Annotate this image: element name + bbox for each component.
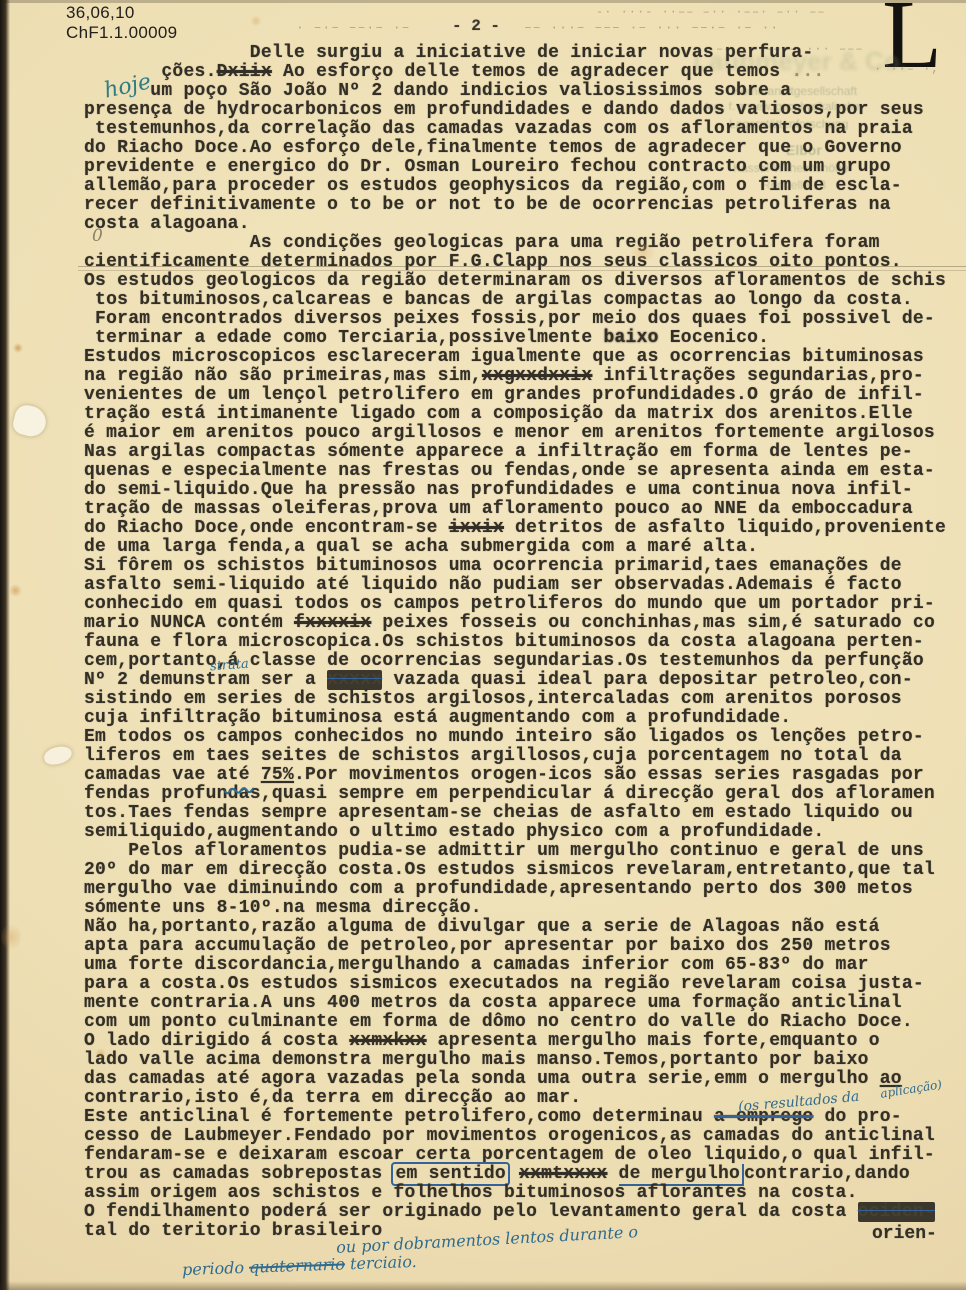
typed-line: tração de massas oleiferas,prova um aflo… [84, 500, 960, 519]
typed-segment: apta para accumulação de petroleo,por ap… [84, 936, 891, 956]
typed-line: ções.Dxiix Ao esforço delle temos de agr… [84, 63, 960, 82]
typed-segment-u: 75% [261, 765, 294, 785]
typed-segment: liferos em taes seites de schistos argil… [84, 746, 902, 766]
typed-line: sistindo em series de schistos argilosos… [84, 690, 960, 709]
scan-edge-bottom [0, 1281, 966, 1290]
typed-line: cientificamente determinados por F.G.Cla… [84, 253, 960, 272]
typed-line: tração está intimanente ligado com a com… [84, 405, 960, 424]
typed-segment: venientes de um lençol petrolifero em gr… [84, 385, 924, 405]
typed-segment: O lado dirigido á costa [84, 1031, 349, 1051]
typed-line: do Riacho Doce.Ao esforço dele,finalment… [84, 139, 960, 158]
paper-stain [250, 16, 262, 26]
typed-line: fendas profundas,quasi sempre em perpend… [84, 785, 960, 804]
typed-line: sómente uns 8-10º.na mesma direcção. [84, 899, 960, 918]
typed-line: do semi-liquido.Que ha pressão nas profu… [84, 481, 960, 500]
typed-segment: detritos de asfalto liquido,proveniente [504, 518, 946, 538]
typed-line: assim origem aos schistos e folhelhos bi… [84, 1184, 960, 1203]
typed-line: mente contraria.A uns 400 metros da cost… [84, 994, 960, 1013]
periodo-note: periodo quaternario terciaio. [182, 1252, 417, 1279]
typed-segment-blot: ociden- [858, 1202, 935, 1222]
typed-segment-x: xxmtxxxx [519, 1164, 607, 1184]
typed-line: Nas argilas compactas sómente apparece a… [84, 443, 960, 462]
strata-note: strata [210, 657, 250, 675]
typed-segment: vazada quasi ideal para depositar petrol… [382, 670, 912, 690]
typed-segment: fendaram-se e deixaram escoar certa porc… [84, 1145, 935, 1165]
typed-segment: apresenta mergulho mais forte,emquanto o [427, 1031, 880, 1051]
typed-segment: é maior em arenitos pouco argillosos e m… [84, 423, 935, 443]
typed-segment: allemão,para proceder os estudos geophys… [84, 176, 902, 196]
typed-line: de uma larga fenda,a qual se acha submer… [84, 538, 960, 557]
annotation-segment: periodo [182, 1258, 250, 1279]
typed-line: costa alagoana. [84, 215, 960, 234]
leader-dots: -· ···- ··–– –·· ·––· –·· –– [596, 5, 826, 19]
leader-dots: · –·– ––·– ·– [296, 20, 410, 35]
typed-line: fendaram-se e deixaram escoar certa porc… [84, 1146, 960, 1165]
typed-segment: tração de massas oleiferas,prova um aflo… [84, 499, 913, 519]
typed-segment: presença de hydrocarbonicos em profundid… [84, 100, 924, 120]
typed-segment: contrario,isto é,da terra em direcção ao… [84, 1088, 581, 1108]
typed-segment: infiltrações segundarias,pro- [592, 366, 924, 386]
typed-body: Delle surgiu a iniciative de iniciar nov… [84, 44, 960, 1241]
typed-segment: Em todos os campos conhecidos no mundo i… [84, 727, 924, 747]
typed-line: 20º do mar em direcção costa.Os estudos … [84, 861, 960, 880]
orien-typed: orien- [872, 1224, 937, 1244]
paper-tear [43, 745, 73, 766]
typed-segment: .Por movimentos orogen-icos são essas se… [294, 765, 924, 785]
typed-segment: cuja infiltração bituminosa está augment… [84, 708, 791, 728]
paragraph-mark: 0 [92, 226, 103, 246]
typed-segment: mario NUNCA contém [84, 613, 294, 633]
typed-line: Delle surgiu a iniciative de iniciar nov… [84, 44, 960, 63]
typed-segment: para a costa.Os estudos sismicos executa… [84, 974, 924, 994]
document-page: 36,06,10 ChF1.1.00009 - 2 - L Laubmeyer … [0, 0, 966, 1290]
typed-segment: do pro- [813, 1107, 901, 1127]
typed-segment: tos bituminosos,calcareas e bancas de ar… [84, 290, 913, 310]
typed-line: Foram encontrados diversos peixes fossis… [84, 310, 960, 329]
typed-line: venientes de um lençol petrolifero em gr… [84, 386, 960, 405]
typed-segment: previdente e energico do Dr. Osman Loure… [84, 157, 891, 177]
typed-segment: semiliquido,augmentando o ultimo estado … [84, 822, 824, 842]
typed-segment: lado valle acima demonstra mergulho mais… [84, 1050, 869, 1070]
typed-segment: mente contraria.A uns 400 metros da cost… [84, 993, 902, 1013]
typed-segment: fauna e flora microscopica.Os schistos b… [84, 632, 924, 652]
typed-line: allemão,para proceder os estudos geophys… [84, 177, 960, 196]
typed-segment-b: baixo [603, 328, 658, 348]
typed-segment-x: ixxix [449, 518, 504, 538]
scan-edge-top [0, 0, 966, 3]
typed-line: do Riacho Doce,onde encontram-se ixxix d… [84, 519, 960, 538]
typed-segment: quenas e especialmente nas frestas ou fe… [84, 461, 935, 481]
typed-segment: conhecido em quasi todos os campos petro… [84, 594, 935, 614]
typed-segment: sómente uns 8-10º.na mesma direcção. [84, 898, 482, 918]
typed-segment: asfalto semi-liquido até liquido não pud… [84, 575, 902, 595]
typed-segment [607, 1164, 618, 1184]
typed-line: Si fôrem os schistos bituminosos uma oco… [84, 557, 960, 576]
typed-segment: na região não são primeiras,mas sim, [84, 366, 482, 386]
typed-line: cuja infiltração bituminosa está augment… [84, 709, 960, 728]
typed-line: na região não são primeiras,mas sim,xxgx… [84, 367, 960, 386]
typed-line: O fendilhamento poderá ser originado pel… [84, 1203, 960, 1222]
typed-segment: Este anticlinal é fortemente petrolifero… [84, 1107, 714, 1127]
typed-line: mario NUNCA contém fxxxxix peixes fossei… [84, 614, 960, 633]
typed-segment: Pelos afloramentos pudia-se admittir um … [84, 841, 924, 861]
squiggle-note [224, 774, 254, 790]
typed-segment: do semi-liquido.Que ha pressão nas profu… [84, 480, 913, 500]
typed-line: camadas vae até 75%.Por movimentos oroge… [84, 766, 960, 785]
leader-dots: –– ···– ––– ·– ··· ––·– ·– ·· [524, 20, 779, 35]
typed-segment-x: xxgxxdxxix [482, 366, 593, 386]
typed-segment: Nº 2 demunstram ser a [84, 670, 327, 690]
typed-segment: cesso de Laubmeyer.Fendado por movimento… [84, 1126, 935, 1146]
typed-line: mergulho vae diminuindo com a profundida… [84, 880, 960, 899]
typed-line: asfalto semi-liquido até liquido não pud… [84, 576, 960, 595]
typed-segment: recer definitivamente o to be or not to … [84, 195, 891, 215]
typed-line: trou as camadas sobrepostas em sentido x… [84, 1165, 960, 1184]
typed-segment: contrario,dando [744, 1164, 910, 1184]
typed-line: Não ha,portanto,razão alguma de divulgar… [84, 918, 960, 937]
typed-segment: As condições geologicas para uma região … [84, 233, 880, 253]
typed-segment: Não ha,portanto,razão alguma de divulgar… [84, 917, 880, 937]
typed-segment: tração está intimanente ligado com a com… [84, 404, 913, 424]
typed-line: das camadas até agora vazadas pela sonda… [84, 1070, 960, 1089]
typed-line: Este anticlinal é fortemente petrolifero… [84, 1108, 960, 1127]
typed-line: uma forte discordancia,mergulhando a cam… [84, 956, 960, 975]
typed-segment: do Riacho Doce,onde encontram-se [84, 518, 449, 538]
page-number: - 2 - [452, 17, 500, 35]
typed-line: um poço São João Nº 2 dando indicios val… [84, 82, 960, 101]
typed-line: recer definitivamente o to be or not to … [84, 196, 960, 215]
typed-line: Pelos afloramentos pudia-se admittir um … [84, 842, 960, 861]
typed-line: para a costa.Os estudos sismicos executa… [84, 975, 960, 994]
typed-segment: das camadas até agora vazadas pela sonda… [84, 1069, 880, 1089]
typed-segment: Nas argilas compactas sómente apparece a… [84, 442, 913, 462]
typed-line: lado valle acima demonstra mergulho mais… [84, 1051, 960, 1070]
paper-stain [9, 584, 22, 597]
archive-ref-date: 36,06,10 [66, 3, 135, 23]
typed-segment: testemunhos,da correlação das camadas va… [84, 119, 913, 139]
typed-segment-blot: xxxxx [327, 670, 382, 690]
typed-segment-x: Dxiix [217, 62, 272, 82]
typed-segment: O fendilhamento poderá ser originado pel… [84, 1202, 858, 1222]
typed-segment: peixes fosseis ou conchinhas,mas sim,é s… [371, 613, 935, 633]
typed-line: quenas e especialmente nas frestas ou fe… [84, 462, 960, 481]
typed-segment: costa alagoana. [84, 214, 250, 234]
typed-segment: trou as camadas sobrepostas [84, 1164, 393, 1184]
typed-line: tos bituminosos,calcareas e bancas de ar… [84, 291, 960, 310]
typed-segment: Delle surgiu a iniciative de iniciar nov… [84, 43, 813, 63]
typed-segment: terminar a edade como Terciaria,possivel… [84, 328, 603, 348]
typed-line: cesso de Laubmeyer.Fendado por movimento… [84, 1127, 960, 1146]
typed-line: Estudos microscopicos esclareceram igual… [84, 348, 960, 367]
typed-segment: de uma larga fenda,a qual se acha submer… [84, 537, 758, 557]
typed-line: fauna e flora microscopica.Os schistos b… [84, 633, 960, 652]
typed-segment: Os estudos geologicos da região determin… [84, 271, 946, 291]
typed-segment: um poço São João Nº 2 dando indicios val… [84, 81, 791, 101]
typed-segment: tos.Taes fendas sempre apresentam-se che… [84, 803, 913, 823]
typed-segment-faint: ... [780, 62, 824, 82]
typed-segment: Eocenico. [659, 328, 770, 348]
annotation-segment: terciaio. [345, 1252, 417, 1273]
typed-segment: do Riacho Doce.Ao esforço dele,finalment… [84, 138, 902, 158]
typed-line: apta para accumulação de petroleo,por ap… [84, 937, 960, 956]
typed-line: presença de hydrocarbonicos em profundid… [84, 101, 960, 120]
typed-segment: 20º do mar em direcção costa.Os estudos … [84, 860, 935, 880]
typed-line: semiliquido,augmentando o ultimo estado … [84, 823, 960, 842]
typed-segment: Foram encontrados diversos peixes fossis… [84, 309, 935, 329]
scan-edge-left [0, 0, 10, 1290]
typed-line: terminar a edade como Terciaria,possivel… [84, 329, 960, 348]
typed-segment: cientificamente determinados por F.G.Cla… [84, 252, 902, 272]
typed-line: liferos em taes seites de schistos argil… [84, 747, 960, 766]
paper-stain [13, 343, 23, 353]
typed-line: testemunhos,da correlação das camadas va… [84, 120, 960, 139]
typed-segment-x: fxxxxix [294, 613, 371, 633]
typed-segment: Ao esforço delle temos de agradecer que … [272, 62, 780, 82]
archive-ref-id: ChF1.1.00009 [66, 23, 177, 43]
annotation-segment: quaternario [249, 1254, 345, 1276]
typed-line: Os estudos geologicos da região determin… [84, 272, 960, 291]
typed-segment: sistindo em series de schistos argilosos… [84, 689, 902, 709]
typed-line: Em todos os campos conhecidos no mundo i… [84, 728, 960, 747]
typed-segment: Estudos microscopicos esclareceram igual… [84, 347, 924, 367]
typed-segment: uma forte discordancia,mergulhando a cam… [84, 955, 869, 975]
typed-segment: com um ponto culminante em forma de dômo… [84, 1012, 913, 1032]
typed-segment: Si fôrem os schistos bituminosos uma oco… [84, 556, 902, 576]
typed-line: tos.Taes fendas sempre apresentam-se che… [84, 804, 960, 823]
typed-segment: mergulho vae diminuindo com a profundida… [84, 879, 913, 899]
typed-segment-x: xxmxkxx [349, 1031, 426, 1051]
typed-segment: fendas profundas,quasi sempre em perpend… [84, 784, 935, 804]
paper-tear [11, 403, 49, 440]
typed-line: com um ponto culminante em forma de dômo… [84, 1013, 960, 1032]
typed-line: O lado dirigido á costa xxmxkxx apresent… [84, 1032, 960, 1051]
typed-segment [508, 1164, 519, 1184]
typed-segment: assim origem aos schistos e folhelhos bi… [84, 1183, 858, 1203]
typed-line: conhecido em quasi todos os campos petro… [84, 595, 960, 614]
typed-line: é maior em arenitos pouco argillosos e m… [84, 424, 960, 443]
typed-line: As condições geologicas para uma região … [84, 234, 960, 253]
typed-line: previdente e energico do Dr. Osman Loure… [84, 158, 960, 177]
